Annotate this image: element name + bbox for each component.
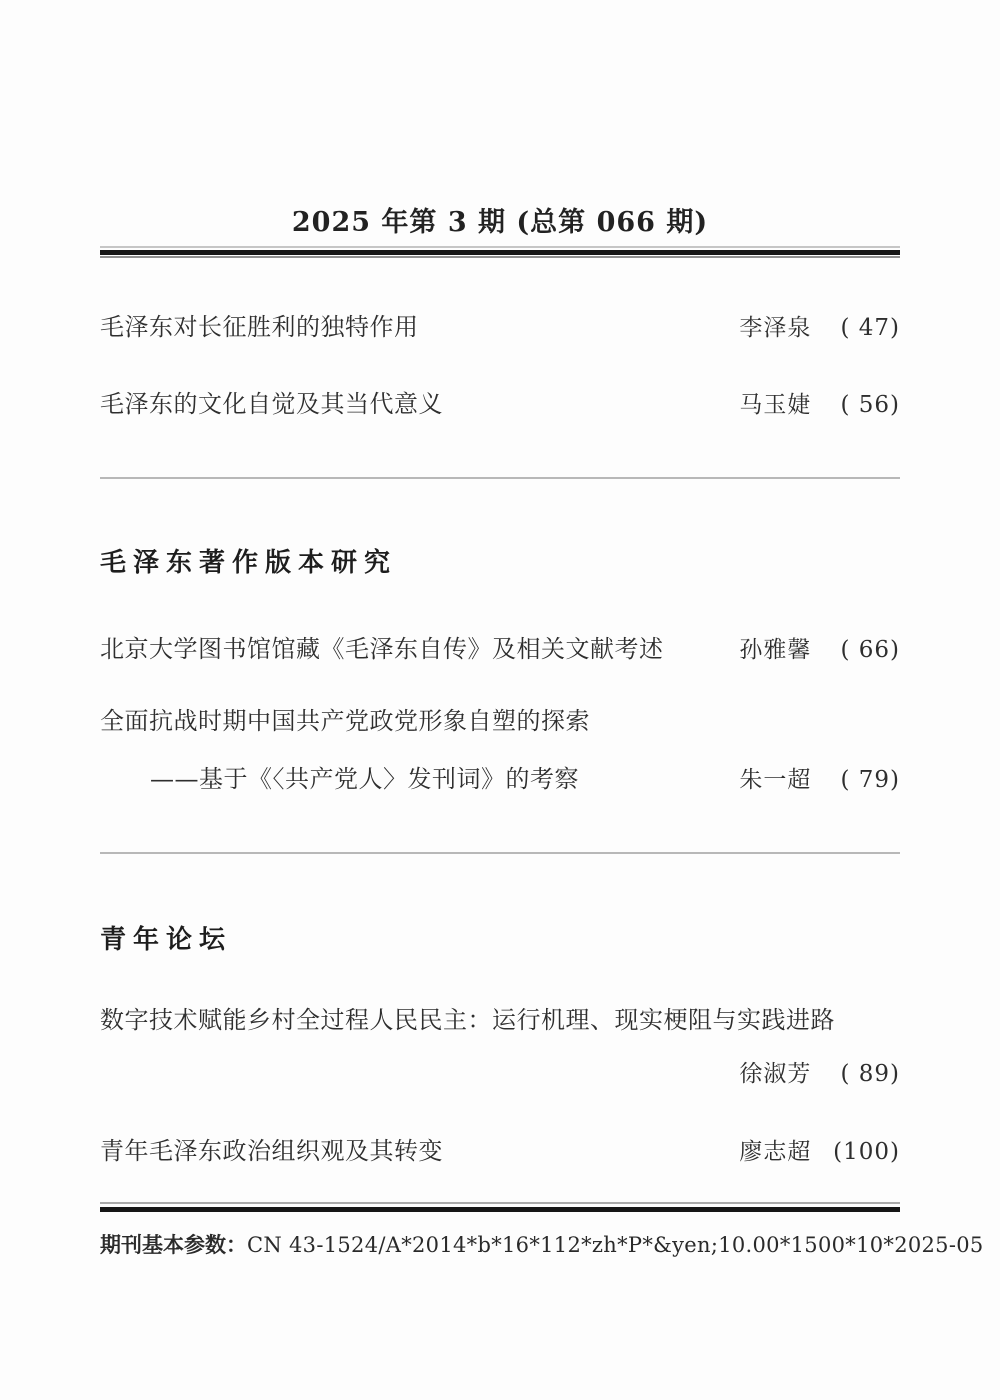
entry-subtitle: ——基于《〈共产党人〉发刊词》的考察 xyxy=(100,759,579,794)
page-number: ( 89) xyxy=(828,1061,900,1087)
toc-entry: 青年毛泽东政治组织观及其转变 廖志超 (100) xyxy=(100,1131,900,1166)
toc-entry: 毛泽东的文化自觉及其当代意义 马玉婕 ( 56) xyxy=(100,384,900,419)
author-name: 马玉婕 xyxy=(739,392,811,418)
section-divider xyxy=(100,477,900,479)
page-number: ( 47) xyxy=(828,315,900,341)
page-number: ( 56) xyxy=(828,392,900,418)
section-header: 青年论坛 xyxy=(100,919,900,956)
toc-entry: 数字技术赋能乡村全过程人民民主：运行机理、现实梗阻与实践进路 xyxy=(100,1000,900,1035)
top-double-rule xyxy=(100,246,900,258)
journal-parameters-label: 期刊基本参数： xyxy=(100,1232,247,1257)
entry-author-page: 李泽泉 ( 47) xyxy=(739,309,900,342)
toc-entry: 毛泽东对长征胜利的独特作用 李泽泉 ( 47) xyxy=(100,307,900,342)
page-number: (100) xyxy=(828,1139,900,1165)
bottom-double-rule xyxy=(100,1202,900,1212)
entry-title: 全面抗战时期中国共产党政党形象自塑的探索 xyxy=(100,701,590,736)
author-name: 廖志超 xyxy=(739,1139,811,1165)
toc-entry-author-row: 徐淑芳 ( 89) xyxy=(100,1055,900,1088)
section-divider xyxy=(100,852,900,854)
toc-entry: 全面抗战时期中国共产党政党形象自塑的探索 xyxy=(100,701,900,736)
toc-entry-subtitle-row: ——基于《〈共产党人〉发刊词》的考察 朱一超 ( 79) xyxy=(100,759,900,794)
page-number: ( 66) xyxy=(828,637,900,663)
entry-title: 毛泽东对长征胜利的独特作用 xyxy=(100,307,419,342)
journal-parameters-value: CN 43-1524/A*2014*b*16*112*zh*P*&yen;10.… xyxy=(247,1233,984,1257)
entry-title: 北京大学图书馆馆藏《毛泽东自传》及相关文献考述 xyxy=(100,629,664,664)
rule-line-thick xyxy=(100,1207,900,1212)
entry-title: 数字技术赋能乡村全过程人民民主：运行机理、现实梗阻与实践进路 xyxy=(100,1000,835,1035)
author-name: 孙雅馨 xyxy=(739,637,811,663)
author-name: 徐淑芳 xyxy=(739,1061,811,1087)
entry-author-page: 马玉婕 ( 56) xyxy=(739,386,900,419)
entry-author-page: 孙雅馨 ( 66) xyxy=(739,631,900,664)
entry-title: 毛泽东的文化自觉及其当代意义 xyxy=(100,384,443,419)
entry-title: 青年毛泽东政治组织观及其转变 xyxy=(100,1131,443,1166)
journal-toc-page: { "header": { "issue_title": "2025 年第 3 … xyxy=(0,0,1000,1400)
entry-author-page: 廖志超 (100) xyxy=(739,1133,900,1166)
entry-author-page: 朱一超 ( 79) xyxy=(739,761,900,794)
toc-entry: 北京大学图书馆馆藏《毛泽东自传》及相关文献考述 孙雅馨 ( 66) xyxy=(100,629,900,664)
rule-line-gray xyxy=(100,256,900,258)
author-name: 李泽泉 xyxy=(739,315,811,341)
section-header: 毛泽东著作版本研究 xyxy=(100,542,900,579)
page-number: ( 79) xyxy=(828,767,900,793)
journal-parameters: 期刊基本参数：CN 43-1524/A*2014*b*16*112*zh*P*&… xyxy=(100,1229,900,1259)
issue-title: 2025 年第 3 期 (总第 066 期) xyxy=(100,200,900,239)
author-name: 朱一超 xyxy=(739,767,811,793)
entry-author-page: 徐淑芳 ( 89) xyxy=(739,1055,900,1088)
